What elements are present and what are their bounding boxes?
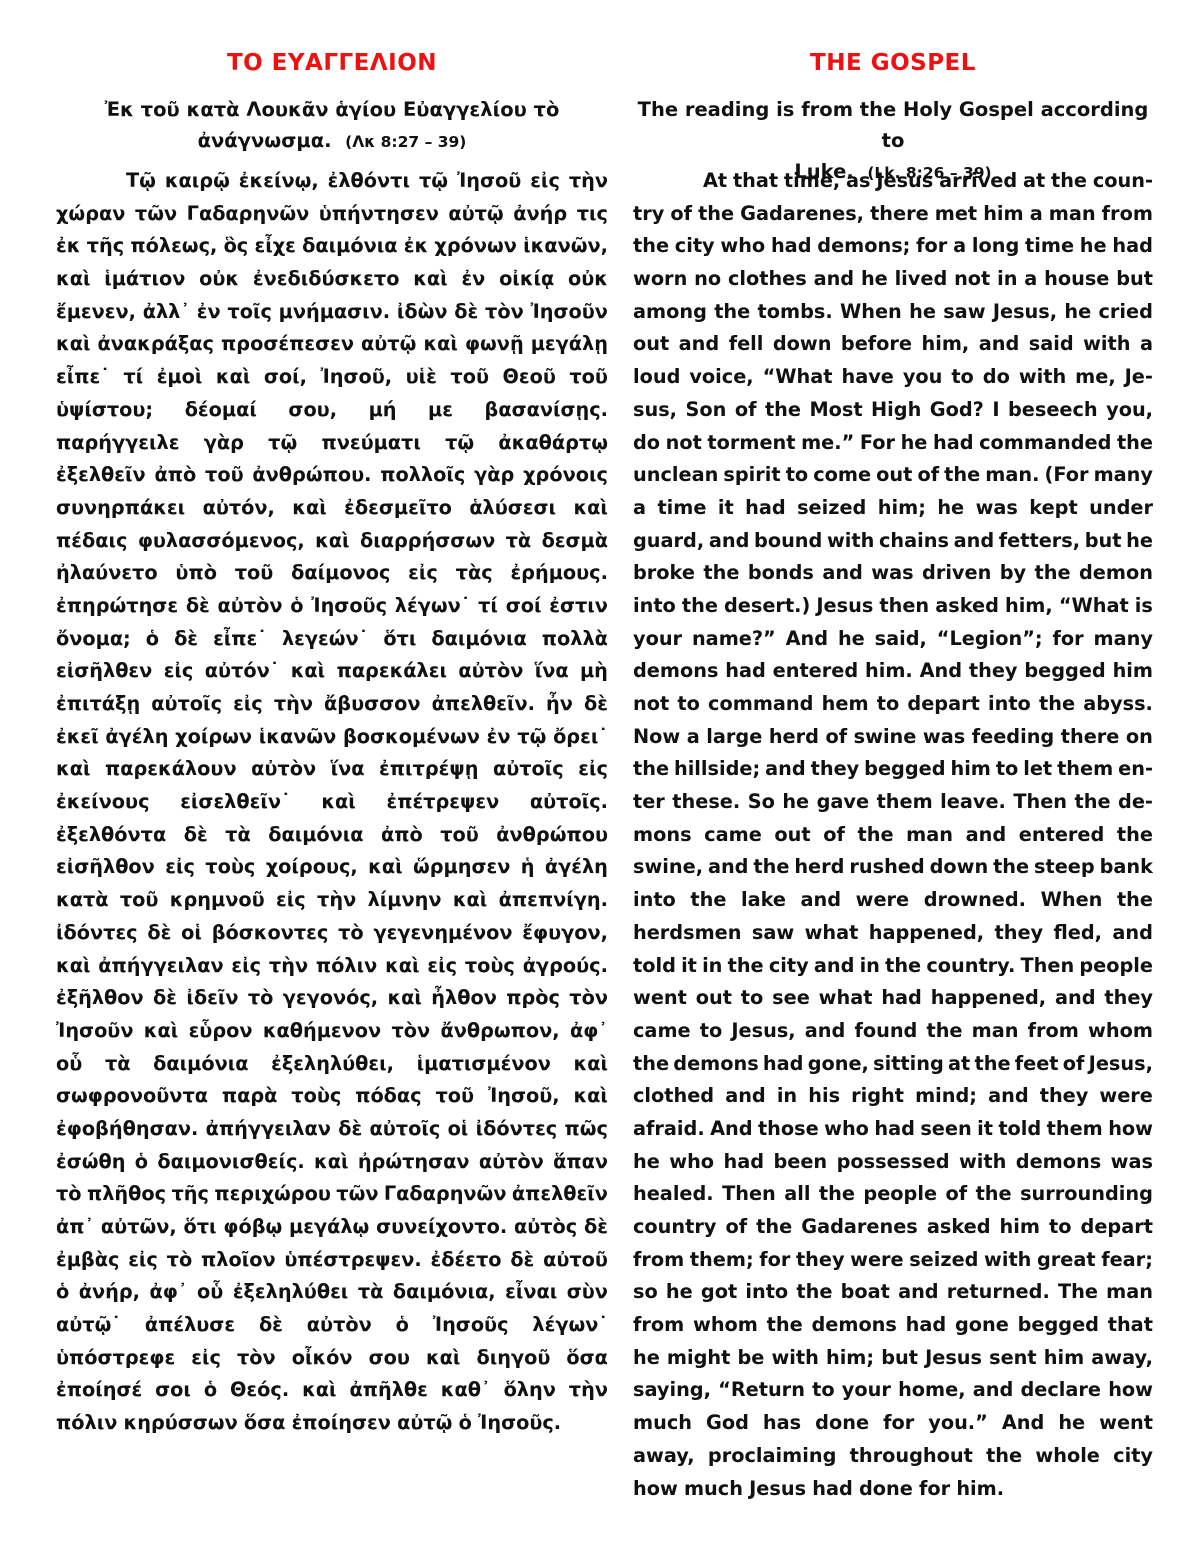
word: εἰς [164, 655, 194, 688]
word: Jesus [816, 590, 873, 623]
word: εἰς [231, 950, 261, 983]
word: whom [1088, 1015, 1153, 1048]
word: καὶ [56, 263, 90, 296]
word: on [1126, 721, 1153, 754]
word: ἀπῆλθε [349, 1374, 427, 1407]
word: τοῦ [205, 459, 244, 492]
word: went [1099, 1407, 1153, 1440]
word: βοσκομένων [343, 721, 480, 754]
word: to [741, 982, 763, 1015]
word: γεγονός, [283, 982, 378, 1015]
word: demons; [817, 230, 910, 263]
word: among [633, 296, 707, 329]
word: ἐξελθόντα [56, 819, 166, 852]
word: command [708, 688, 813, 721]
word: the [756, 1211, 792, 1244]
word: bank [1100, 851, 1153, 884]
text-line: τὸπλῆθοςτῆςπεριχώρουτῶνΓαδαρηνῶνἀπελθεῖν [56, 1178, 608, 1211]
word: πλοῖον [201, 1244, 276, 1277]
text-line: guard,andboundwithchainsandfetters,buthe [633, 525, 1153, 558]
word: εὗρον [189, 1015, 253, 1048]
text-line: clothedandinhisrightmind;andtheywere [633, 1080, 1153, 1113]
word: he [1058, 1407, 1085, 1440]
word: done [859, 1473, 913, 1506]
word: begged [864, 753, 945, 786]
word: there [1061, 721, 1120, 754]
word: σου [369, 1342, 410, 1375]
word: δὲ [174, 623, 198, 656]
word: seen [920, 1113, 971, 1146]
word: and [801, 884, 842, 917]
word: en- [1118, 753, 1153, 786]
word: Then [1013, 786, 1067, 819]
greek-subtitle-line2: ἀνάγνωσμα. (Λκ 8:27 – 39) [56, 125, 608, 158]
text-line: εἰσῆλθενεἰςαὐτόν˙καὶπαρεκάλειαὐτὸνἵναμὴ [56, 655, 608, 688]
text-line: intothelakeandweredrowned.Whenthe [633, 884, 1153, 917]
word: ἵνα [535, 655, 569, 688]
word: and [725, 1080, 766, 1113]
word: ὅτι [184, 1211, 217, 1244]
english-body-text: Atthattime,asJesusarrivedatthecoun-tryof… [633, 165, 1153, 1505]
word: καὶ [56, 950, 90, 983]
word: who [824, 1113, 869, 1146]
word: the [975, 1048, 1011, 1081]
word: Je- [1125, 361, 1153, 394]
word: in [702, 950, 722, 983]
word: had [723, 1146, 764, 1179]
word: ἐλθόντι [328, 165, 410, 198]
word: τῷ [445, 427, 474, 460]
word: Most [809, 394, 862, 427]
word: gone [955, 1309, 1009, 1342]
text-line: κατὰτοῦκρημνοῦεἰςτὴνλίμνηνκαὶἀπεπνίγη. [56, 884, 608, 917]
word: and [679, 328, 720, 361]
word: is [1135, 590, 1153, 623]
word: was [923, 721, 965, 754]
word: the [765, 394, 801, 427]
text-line: ἐπιτάξῃαὐτοῖςεἰςτὴνἄβυσσονἀπελθεῖν.ἦνδὲ [56, 688, 608, 721]
word: and [979, 328, 1020, 361]
word: εἰσελθεῖν˙ [180, 786, 290, 819]
word: demon [1079, 557, 1153, 590]
word: happened, [931, 982, 1046, 1015]
word: ὑπόστρεφε [56, 1342, 175, 1375]
word: αὐτὸν [479, 1146, 544, 1179]
word: large [706, 721, 762, 754]
text-line: brokethebondsandwasdrivenbythedemon [633, 557, 1153, 590]
word: come [813, 459, 871, 492]
word: under [1089, 492, 1153, 525]
word: παρήγγειλε [56, 427, 179, 460]
word: τὸ [338, 917, 364, 950]
word: to [812, 1374, 834, 1407]
text-line: outandfelldownbeforehim,andsaidwitha [633, 328, 1153, 361]
word: σοί [506, 590, 542, 623]
word: τὰ [358, 1276, 384, 1309]
word: υἱὲ [406, 361, 437, 394]
word: ἐν [197, 296, 221, 329]
word: that [1108, 1309, 1153, 1342]
word: city [1113, 1440, 1153, 1473]
word: τῷ [419, 165, 448, 198]
word: ἐδέετο [431, 1244, 502, 1277]
word: εἰς [578, 753, 608, 786]
word: and [814, 263, 855, 296]
word: what [819, 982, 873, 1015]
text-line: παρήγγειλεγὰρτῷπνεύματιτῷἀκαθάρτῳ [56, 427, 608, 460]
word: him. [956, 1473, 1004, 1506]
word: said [1029, 328, 1074, 361]
word: the [1039, 688, 1075, 721]
word: δὲ [338, 1113, 362, 1146]
word: γὰρ [204, 427, 244, 460]
word: at [948, 1048, 970, 1081]
word: had [881, 982, 922, 1015]
word: ἐνεδιδύσκετο [253, 263, 400, 296]
word: for [919, 1473, 950, 1506]
word: was [871, 557, 913, 590]
greek-body-text: Τῷκαιρῷἐκείνῳ,ἐλθόντιτῷἸησοῦεἰςτὴνχώραντ… [56, 165, 608, 1440]
word: the [633, 753, 669, 786]
word: begged [1024, 655, 1105, 688]
word: before [841, 328, 912, 361]
word: αὐτοῖς. [530, 786, 608, 819]
word: not [666, 427, 702, 460]
word: the [767, 1309, 803, 1342]
word: Jesus, [1089, 1048, 1153, 1081]
text-line: αὐτῷ˙ἀπέλυσεδὲαὐτὸνὁἸησοῦςλέγων˙ [56, 1309, 608, 1342]
text-line: hewhohadbeenpossessedwithdemonswas [633, 1146, 1153, 1179]
word: Son [685, 394, 726, 427]
word: kept [1029, 492, 1077, 525]
word: ἁλύσεσι [469, 492, 556, 525]
word: feet [1015, 1048, 1059, 1081]
word: τῶν [135, 198, 177, 231]
word: αὐτὸν [251, 753, 316, 786]
text-line: πέδαιςφυλασσόμενος,καὶδιαρρήσσωντὰδεσμὰ [56, 525, 608, 558]
word: he [1064, 296, 1091, 329]
word: Jesus, [993, 296, 1057, 329]
word: by [1000, 557, 1026, 590]
word: οἱ [181, 917, 202, 950]
word: swine, [633, 851, 703, 884]
word: hillside; [674, 753, 760, 786]
word: τὴν [274, 688, 313, 721]
word: went [633, 982, 687, 1015]
word: herdsmen [633, 917, 742, 950]
word: καὶ [423, 328, 457, 361]
word: “Legion”; [937, 623, 1043, 656]
word: λεγεών˙ [282, 623, 368, 656]
word: feeding [972, 721, 1054, 754]
word: into [633, 884, 676, 917]
word: country [633, 1211, 716, 1244]
text-line: Τῷκαιρῷἐκείνῳ,ἐλθόντιτῷἸησοῦεἰςτὴν [56, 165, 608, 198]
word: and [814, 950, 855, 983]
word: demons [1016, 1146, 1101, 1179]
word: of [917, 459, 939, 492]
word: not [633, 688, 669, 721]
word: of [735, 394, 757, 427]
word: Gadarenes, [740, 198, 864, 231]
word: him. [865, 655, 913, 688]
word: ἰδὼν [397, 296, 448, 329]
word: with [1083, 328, 1130, 361]
word: the [1117, 427, 1153, 460]
word: καὶ [291, 655, 325, 688]
word: much [633, 1407, 692, 1440]
word: fetters, [999, 525, 1080, 558]
word: it [977, 1113, 993, 1146]
word: αὐτῶν, [101, 1211, 177, 1244]
word: τὴν [569, 1374, 608, 1407]
word: fell [729, 328, 764, 361]
word: δὲ [147, 917, 171, 950]
word: ἀπ᾽ [56, 1211, 94, 1244]
word: ἀλλ᾽ [143, 296, 190, 329]
word: ὑπὸ [175, 557, 217, 590]
word: αὐτὸν [218, 590, 283, 623]
word: χοίρους, [266, 851, 358, 884]
word: lived [895, 263, 948, 296]
word: a [687, 721, 700, 754]
word: had [725, 655, 766, 688]
word: he [1080, 230, 1107, 263]
word: Γαδαρηνῶν [384, 1178, 507, 1211]
word: βόσκοντες [212, 917, 329, 950]
text-line: terthese.Sohegavethemleave.Thenthede- [633, 786, 1153, 819]
word: συνηρπάκει [56, 492, 185, 525]
word: ὃς [224, 230, 249, 263]
text-line: ἐκείνουςεἰσελθεῖν˙καὶἐπέτρεψεναὐτοῖς. [56, 786, 608, 819]
word: the [1117, 819, 1153, 852]
word: τῶν [336, 1178, 378, 1211]
word: For [860, 427, 895, 460]
word: the [858, 819, 894, 852]
word: as [846, 165, 871, 198]
word: country. [926, 950, 1015, 983]
text-line: συνηρπάκειαὐτόν,καὶἐδεσμεῖτοἁλύσεσικαὶ [56, 492, 608, 525]
word: τί [123, 361, 143, 394]
word: boat [841, 1276, 890, 1309]
word: abyss. [1083, 688, 1153, 721]
word: had [745, 492, 786, 525]
word: ἀπήγγειλαν [206, 1113, 331, 1146]
word: was [976, 492, 1018, 525]
word: be [737, 1342, 764, 1375]
word: τὴν [569, 165, 608, 198]
word: μεγάλῳ [289, 1211, 369, 1244]
word: he [666, 1276, 693, 1309]
word: clothed [633, 1080, 714, 1113]
text-line: Ἰησοῦνκαὶεὗρονκαθήμενοντὸνἄνθρωπον,ἀφ᾽ [56, 1015, 608, 1048]
word: καὶ [426, 1342, 460, 1375]
word: and [822, 557, 863, 590]
word: δαίμονος [291, 557, 390, 590]
word: he [838, 623, 865, 656]
word: for [883, 1407, 914, 1440]
word: happened, [869, 917, 984, 950]
word: οἰκίᾳ [499, 263, 554, 296]
word: throughout [850, 1440, 973, 1473]
word: τοὺς [205, 851, 255, 884]
word: him [950, 753, 990, 786]
word: bonds [748, 557, 814, 590]
word: καὶ [292, 492, 326, 525]
word: καὶ [56, 753, 90, 786]
word: ἵνα [331, 753, 365, 786]
word: ὁ [146, 623, 159, 656]
word: τοῦ [440, 819, 479, 852]
word: cried [1098, 296, 1152, 329]
word: ἰδόντες [476, 1113, 558, 1146]
text-line: εἰσῆλθονεἰςτοὺςχοίρους,καὶὥρμησενἡἀγέλη [56, 851, 608, 884]
word: into [633, 590, 676, 623]
word: the [796, 1276, 832, 1309]
word: ὁ [290, 590, 303, 623]
word: said, [875, 623, 927, 656]
word: πόδας [355, 1080, 421, 1113]
word: torment [707, 427, 795, 460]
text-line: amongthetombs.WhenhesawJesus,hecried [633, 296, 1153, 329]
word: ἐποίησεν [292, 1407, 391, 1440]
word: εἰς [427, 950, 457, 983]
word: τὸν [391, 1015, 430, 1048]
word: πνεύματι [321, 427, 420, 460]
word: were [850, 1244, 903, 1277]
word: αὐτὸν [307, 1309, 372, 1342]
word: mind; [915, 1080, 977, 1113]
greek-subtitle-line1: Ἐκ τοῦ κατὰ Λουκᾶν ἁγίου Εὐαγγελίου τὸ [56, 94, 608, 125]
word: afraid. [633, 1113, 705, 1146]
word: no [694, 263, 721, 296]
word: the [1051, 165, 1087, 198]
word: εἰς [408, 557, 438, 590]
text-line: ἐξῆλθονδὲἰδεῖντὸγεγονός,καὶἦλθονπρὸςτὸν [56, 982, 608, 1015]
word: ἐκ [56, 230, 80, 263]
word: and [1055, 982, 1096, 1015]
word: in [777, 1080, 797, 1113]
word: loud [633, 361, 680, 394]
word: αὐτὸν [458, 655, 523, 688]
word: Ἰησοῦν [530, 296, 607, 329]
word: swine [854, 721, 917, 754]
word: ἀπήγγειλαν [98, 950, 223, 983]
text-line: ὑπόστρεφεεἰςτὸνοἶκόνσουκαὶδιηγοῦὅσα [56, 1342, 608, 1375]
word: ἀγρούς. [523, 950, 608, 983]
word: πόλιν [316, 950, 377, 983]
word: had [906, 1309, 947, 1342]
text-line: ἐκτῆςπόλεως,ὃςεἶχεδαιμόνιαἐκχρόνωνἱκανῶν… [56, 230, 608, 263]
word: ἐσώθη [56, 1146, 125, 1179]
word: has [763, 1407, 801, 1440]
word: from [633, 1244, 684, 1277]
word: ἱκανῶν, [523, 230, 608, 263]
word: τοῦ [450, 361, 489, 394]
word: καὶ [314, 1146, 348, 1179]
word: ὑψίστου; [56, 394, 153, 427]
word: you.” [928, 1407, 988, 1440]
word: ἀπελθεῖν [512, 1178, 608, 1211]
word: and [954, 525, 995, 558]
word: βασανίσῃς. [485, 394, 608, 427]
text-line: hemightbewithhim;butJesussenthimaway, [633, 1342, 1153, 1375]
word: the [819, 1178, 855, 1211]
word: me.” [801, 427, 854, 460]
word: τὸ [248, 982, 274, 1015]
word: possessed [837, 1146, 950, 1179]
word: ἀφ᾽ [150, 1276, 188, 1309]
word: δὲ [510, 1244, 534, 1277]
word: they [969, 655, 1018, 688]
word: to [1049, 1211, 1071, 1244]
word: ἀπὸ [154, 459, 196, 492]
word: “What [763, 361, 833, 394]
word: away, [1091, 1342, 1153, 1375]
text-line: fromwhomthedemonshadgonebeggedthat [633, 1309, 1153, 1342]
word: Ἰησοῦν [56, 1015, 133, 1048]
word: he [937, 492, 964, 525]
word: τῆς [171, 1178, 208, 1211]
word: συνείχοντο. [376, 1211, 507, 1244]
word: was [1111, 1146, 1153, 1179]
word: πολλοῖς [380, 459, 465, 492]
text-line: καὶἱμάτιονοὐκἐνεδιδύσκετοκαὶἐνοἰκίᾳοὐκ [56, 263, 608, 296]
word: ἀπέλυσε [145, 1309, 235, 1342]
word: Θεοῦ [502, 361, 555, 394]
word: them [1047, 1113, 1103, 1146]
word: sitting [873, 1048, 944, 1081]
text-line: intothedesert.)Jesusthenaskedhim,“Whatis [633, 590, 1153, 623]
word: μὴ [580, 655, 608, 688]
word: καὶ [216, 361, 250, 394]
word: to [700, 1015, 722, 1048]
word: steep [1034, 851, 1095, 884]
word: had [874, 1113, 915, 1146]
word: the [944, 459, 980, 492]
word: τοῦ [435, 1080, 474, 1113]
word: Then [1021, 950, 1075, 983]
text-line: fromthem;fortheywereseizedwithgreatfear; [633, 1244, 1153, 1277]
word: εἶναι [505, 1276, 557, 1309]
word: ἀπὸ [381, 819, 423, 852]
text-line: πόλινκηρύσσωνὅσαἐποίησεναὐτῷὁἸησοῦς. [56, 1407, 608, 1440]
word: time, [784, 165, 840, 198]
word: σωφρονοῦντα [56, 1080, 208, 1113]
word: ἀπελθεῖν. [432, 688, 535, 721]
word: in [860, 950, 880, 983]
text-line: saying,“Returntoyourhome,anddeclarehow [633, 1374, 1153, 1407]
word: οἱ [448, 1113, 469, 1146]
word: φυλασσόμενος, [138, 525, 305, 558]
word: δαιμόνια [431, 623, 526, 656]
word: “What [1059, 590, 1129, 623]
word: they [811, 753, 860, 786]
word: he [633, 1342, 660, 1375]
word: χρόνων [434, 230, 517, 263]
text-line: καὶἀπήγγειλανεἰςτὴνπόλινκαὶεἰςτοὺςἀγρούς… [56, 950, 608, 983]
word: hem [822, 688, 869, 721]
word: ἅπαν [553, 1146, 608, 1179]
word: with [1019, 361, 1066, 394]
text-line: thedemonshadgone,sittingatthefeetofJesus… [633, 1048, 1153, 1081]
text-line: ἐξελθόνταδὲτὰδαιμόνιαἀπὸτοῦἀνθρώπου [56, 819, 608, 852]
word: ὁ [56, 1276, 69, 1309]
word: παρεκάλει [337, 655, 447, 688]
word: with [959, 1146, 1006, 1179]
word: αὐτοῖς [370, 1113, 441, 1146]
word: right [851, 1080, 904, 1113]
